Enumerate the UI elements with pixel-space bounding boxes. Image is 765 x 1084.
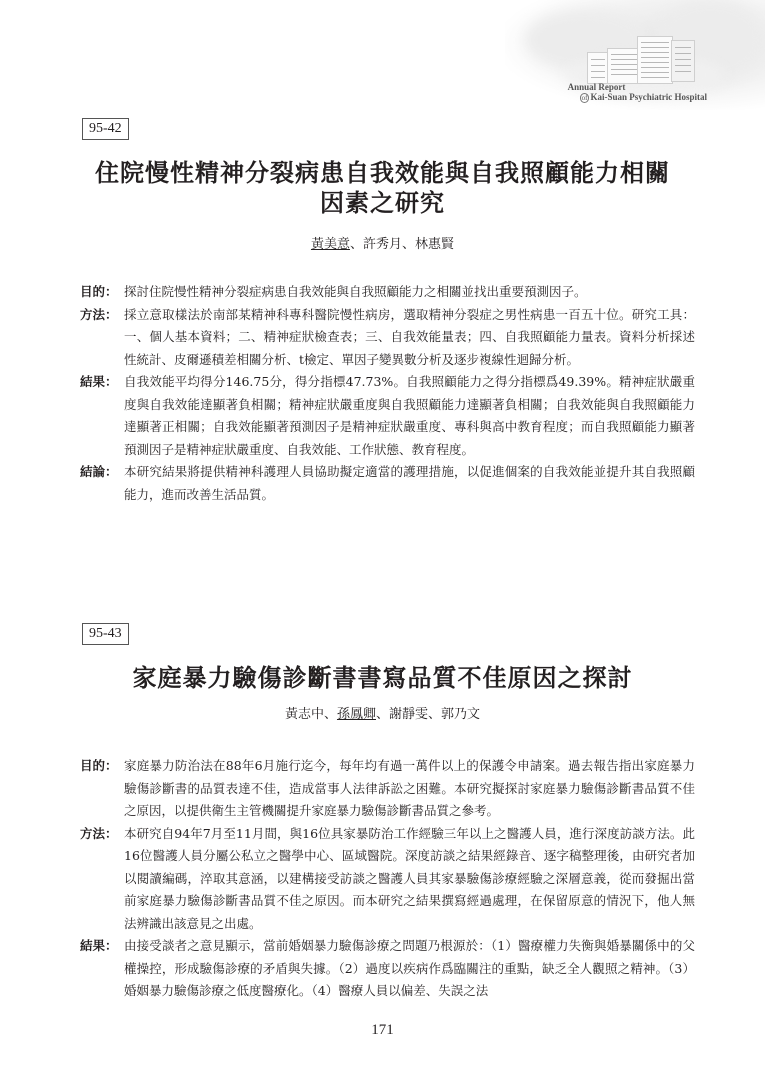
author-name: 黃志中	[285, 707, 324, 722]
author-name: 孫鳳卿	[337, 707, 376, 722]
section-label: 方法：	[80, 304, 124, 372]
author-name: 謝靜雯	[389, 707, 428, 722]
section-label: 方法：	[80, 823, 124, 936]
abstract-title-line1: 住院慢性精神分裂病患自我效能與自我照顧能力相關	[70, 158, 695, 188]
section-label: 結果：	[80, 935, 124, 1003]
section-purpose: 目的： 探討住院慢性精神分裂症病患自我效能與自我照顧能力之相關並找出重要預測因子…	[80, 281, 695, 304]
section-label: 目的：	[80, 281, 124, 304]
section-text: 本研究自94年7月至11月間，與16位具家暴防治工作經驗三年以上之醫護人員，進行…	[124, 823, 695, 936]
abstract-id-badge: 95-42	[82, 118, 129, 140]
author-list: 黃美意、許秀月、林惠賢	[70, 236, 695, 254]
section-purpose: 目的： 家庭暴力防治法在88年6月施行迄今，每年均有過一萬件以上的保護令申請案。…	[80, 755, 695, 823]
abstract-body: 目的： 探討住院慢性精神分裂症病患自我效能與自我照顧能力之相關並找出重要預測因子…	[80, 281, 695, 506]
section-text: 由接受談者之意見顯示，當前婚姻暴力驗傷診療之問題乃根源於：（1）醫療權力失衡與婚…	[124, 935, 695, 1003]
section-results: 結果： 由接受談者之意見顯示，當前婚姻暴力驗傷診療之問題乃根源於：（1）醫療權力…	[80, 935, 695, 1003]
of-mark: of	[580, 93, 590, 103]
section-results: 結果： 自我效能平均得分146.75分，得分指標47.73%。自我照顧能力之得分…	[80, 371, 695, 461]
hospital-building-right	[671, 40, 695, 82]
section-text: 家庭暴力防治法在88年6月施行迄今，每年均有過一萬件以上的保護令申請案。過去報告…	[124, 755, 695, 823]
section-label: 目的：	[80, 755, 124, 823]
hospital-building-mid	[607, 48, 641, 84]
hospital-building-left	[587, 52, 609, 84]
author-list: 黃志中、孫鳳卿、謝靜雯、郭乃文	[70, 706, 695, 724]
abstract-body: 目的： 家庭暴力防治法在88年6月施行迄今，每年均有過一萬件以上的保護令申請案。…	[80, 755, 695, 1003]
section-text: 採立意取樣法於南部某精神科專科醫院慢性病房，選取精神分裂症之男性病患一百五十位。…	[124, 304, 695, 372]
section-methods: 方法： 採立意取樣法於南部某精神科專科醫院慢性病房，選取精神分裂症之男性病患一百…	[80, 304, 695, 372]
abstract-title: 家庭暴力驗傷診斷書書寫品質不佳原因之探討	[70, 663, 695, 693]
author-separator: 、	[324, 707, 337, 722]
annual-report-caption: Annual Report ofKai-Suan Psychiatric Hos…	[568, 82, 707, 103]
hospital-name: Kai-Suan Psychiatric Hospital	[590, 92, 707, 102]
author-name: 黃美意	[311, 237, 350, 252]
author-separator: 、	[376, 707, 389, 722]
section-conclusion: 結論： 本研究結果將提供精神科護理人員協助擬定適當的護理措施，以促進個案的自我效…	[80, 461, 695, 506]
section-methods: 方法： 本研究自94年7月至11月間，與16位具家暴防治工作經驗三年以上之醫護人…	[80, 823, 695, 936]
author-separator: 、	[402, 237, 415, 252]
annual-report-line2: ofKai-Suan Psychiatric Hospital	[568, 92, 707, 103]
abstract-title-line2: 因素之研究	[70, 188, 695, 218]
abstract-title-line1: 家庭暴力驗傷診斷書書寫品質不佳原因之探討	[70, 663, 695, 693]
page-number: 171	[0, 1022, 765, 1039]
abstract-id-badge: 95-43	[82, 623, 129, 645]
author-separator: 、	[428, 707, 441, 722]
annual-report-line1: Annual Report	[568, 82, 707, 92]
section-text: 探討住院慢性精神分裂症病患自我效能與自我照顧能力之相關並找出重要預測因子。	[124, 281, 695, 304]
section-text: 本研究結果將提供精神科護理人員協助擬定適當的護理措施，以促進個案的自我效能並提升…	[124, 461, 695, 506]
author-name: 林惠賢	[415, 237, 454, 252]
author-name: 郭乃文	[441, 707, 480, 722]
section-text: 自我效能平均得分146.75分，得分指標47.73%。自我照顧能力之得分指標爲4…	[124, 371, 695, 461]
abstract-title: 住院慢性精神分裂病患自我效能與自我照顧能力相關 因素之研究	[70, 158, 695, 218]
author-separator: 、	[350, 237, 363, 252]
author-name: 許秀月	[363, 237, 402, 252]
hospital-building-tower	[637, 36, 673, 84]
section-label: 結果：	[80, 371, 124, 461]
section-label: 結論：	[80, 461, 124, 506]
